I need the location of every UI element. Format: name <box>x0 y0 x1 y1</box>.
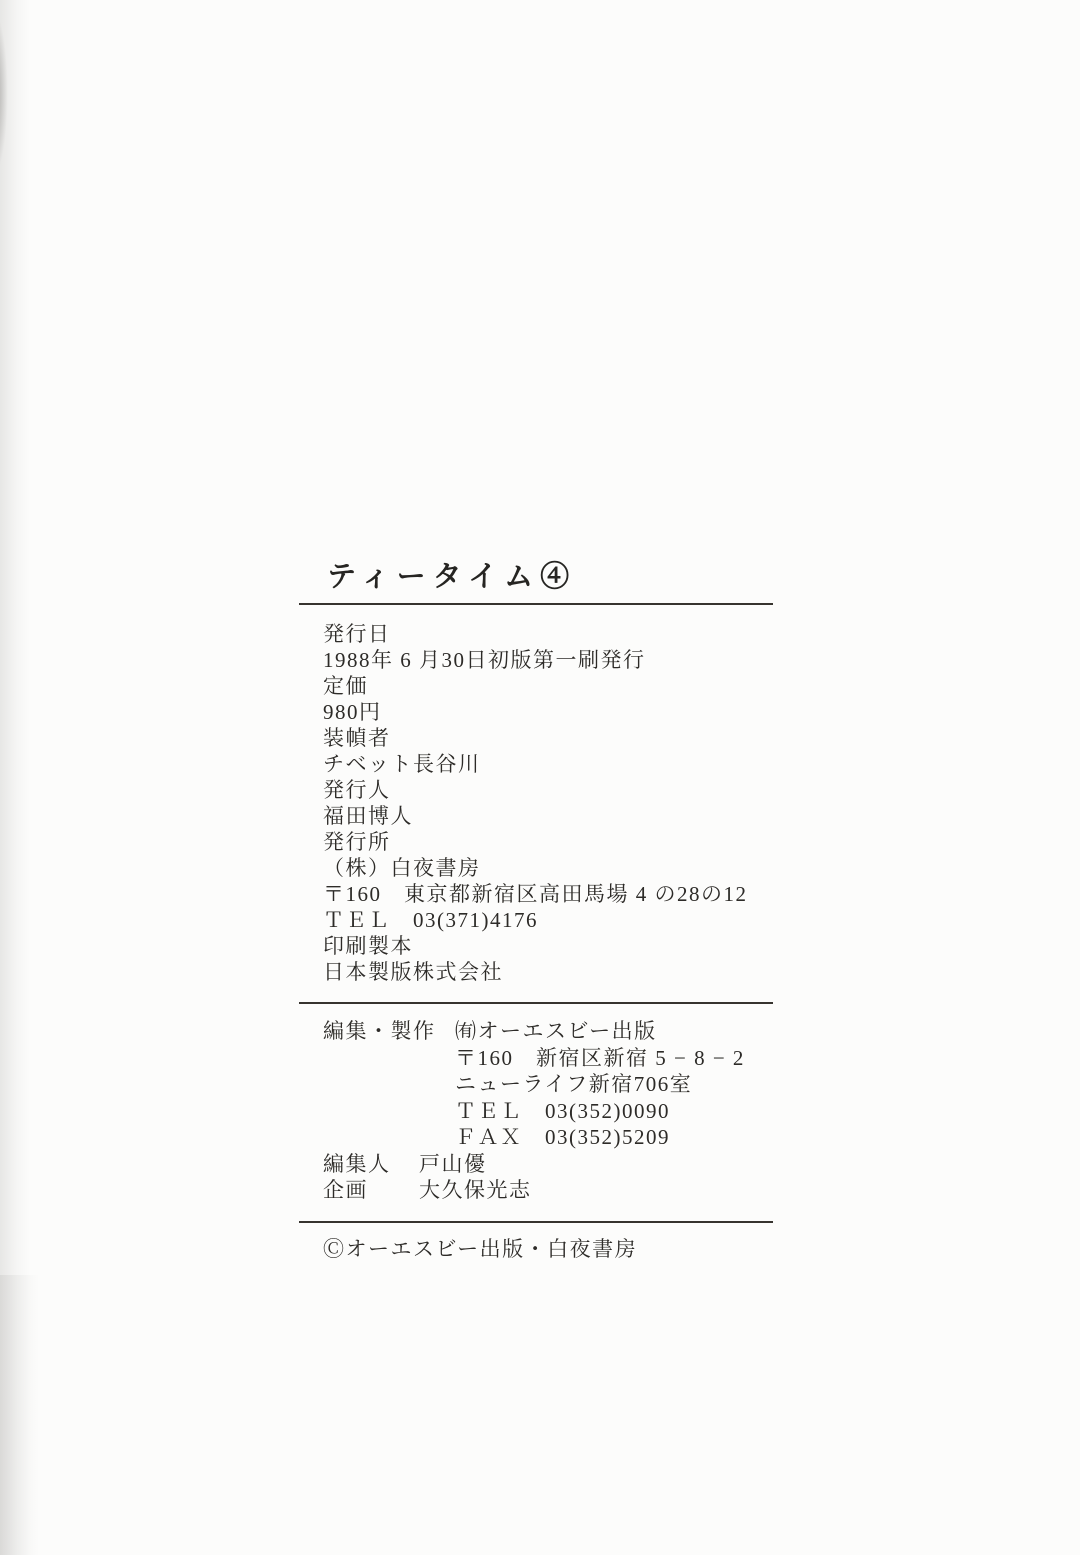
production-fax: ＦＡＸ 03(352)5209 <box>455 1124 745 1151</box>
colophon-line-price-label: 定価 <box>323 673 748 699</box>
colophon-line-printer-label: 印刷製本 <box>323 933 748 959</box>
divider-top <box>299 603 773 605</box>
planning-name: 大久保光志 <box>419 1178 532 1202</box>
production-address-line1: 〒160 新宿区新宿 5 − 8 − 2 <box>455 1045 745 1072</box>
divider-middle <box>299 1002 773 1004</box>
book-title: ティータイム④ <box>327 554 576 595</box>
colophon-line-issue-date: 1988年 6 月30日初版第一刷発行 <box>323 647 748 673</box>
page-edge-shading-bottom <box>0 1275 46 1555</box>
colophon-line-publisher: （株）白夜書房 <box>323 855 748 881</box>
colophon-line-price: 980円 <box>323 699 748 725</box>
editor-label: 編集人 <box>323 1151 419 1178</box>
colophon-line-issue-date-label: 発行日 <box>323 621 748 647</box>
colophon-line-designer: チベット長谷川 <box>323 751 748 777</box>
production-company: ㈲オーエスビー出版 <box>455 1019 657 1043</box>
production-address-line2: ニューライフ新宿706室 <box>455 1071 745 1098</box>
divider-bottom <box>299 1221 773 1223</box>
editor-name: 戸山優 <box>419 1152 487 1176</box>
production-block: 編集・製作㈲オーエスビー出版 〒160 新宿区新宿 5 − 8 − 2 ニューラ… <box>323 1018 745 1204</box>
production-label: 編集・製作 <box>323 1018 455 1045</box>
colophon-line-publisher-person: 福田博人 <box>323 803 748 829</box>
copyright-line: Ⓒオーエスビー出版・白夜書房 <box>323 1233 637 1263</box>
planning-line: 企画大久保光志 <box>323 1177 745 1204</box>
colophon-block: 発行日 1988年 6 月30日初版第一刷発行 定価 980円 装幀者 チベット… <box>323 621 748 985</box>
scanned-colophon-page: ティータイム④ 発行日 1988年 6 月30日初版第一刷発行 定価 980円 … <box>0 0 1080 1555</box>
editor-line: 編集人戸山優 <box>323 1151 745 1178</box>
colophon-line-designer-label: 装幀者 <box>323 725 748 751</box>
colophon-line-publisher-person-label: 発行人 <box>323 777 748 803</box>
production-tel: ＴＥＬ 03(352)0090 <box>455 1098 745 1125</box>
colophon-line-printer: 日本製版株式会社 <box>323 959 748 985</box>
production-company-line: 編集・製作㈲オーエスビー出版 <box>323 1018 745 1045</box>
colophon-line-publisher-address: 〒160 東京都新宿区高田馬場 4 の28の12 <box>323 881 748 907</box>
colophon-line-publisher-tel: ＴＥＬ 03(371)4176 <box>323 907 748 933</box>
colophon-line-publisher-label: 発行所 <box>323 829 748 855</box>
planning-label: 企画 <box>323 1177 419 1204</box>
